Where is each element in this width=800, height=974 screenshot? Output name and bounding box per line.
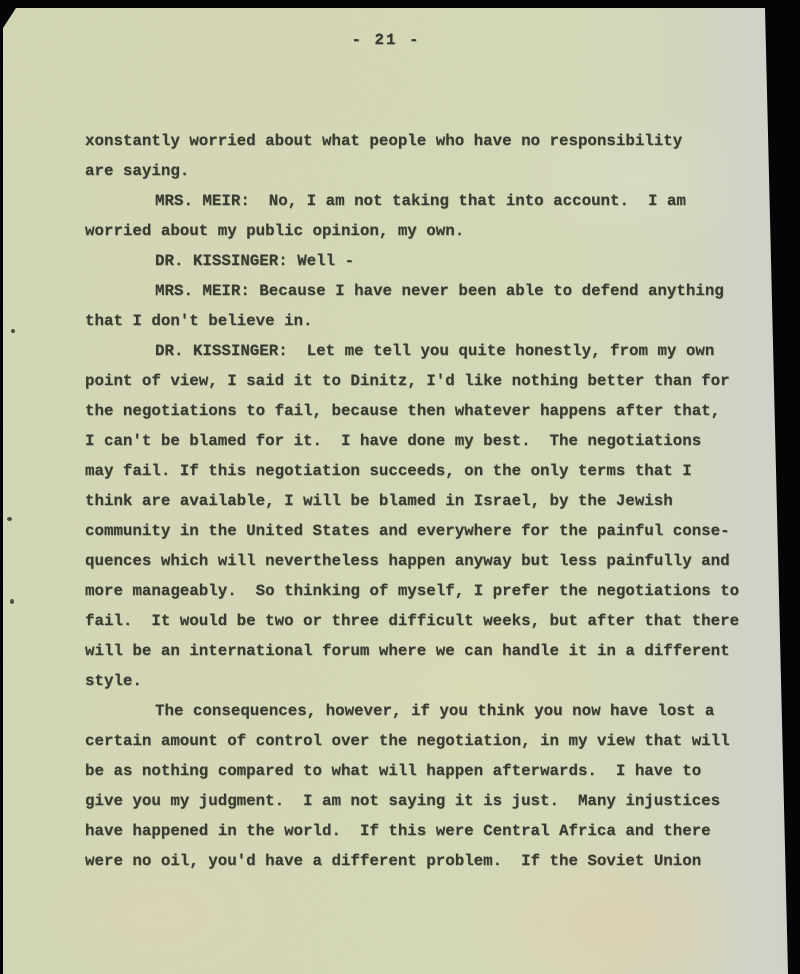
document-line: DR. KISSINGER: Let me tell you quite hon… xyxy=(85,336,745,366)
document-line: will be an international forum where we … xyxy=(85,636,745,666)
document-line: that I don't believe in. xyxy=(85,306,745,336)
document-line: MRS. MEIR: No, I am not taking that into… xyxy=(85,186,745,216)
document-line: the negotiations to fail, because then w… xyxy=(85,396,745,426)
scan-speck xyxy=(7,517,12,521)
document-line: I can't be blamed for it. I have done my… xyxy=(85,426,745,456)
document-line: may fail. If this negotiation succeeds, … xyxy=(85,456,745,486)
document-line: have happened in the world. If this were… xyxy=(85,816,745,846)
document-line: fail. It would be two or three difficult… xyxy=(85,606,745,636)
document-line: are saying. xyxy=(85,156,745,186)
document-line: DR. KISSINGER: Well - xyxy=(85,246,745,276)
document-line: give you my judgment. I am not saying it… xyxy=(85,786,745,816)
scanned-document-page: - 21 - xonstantly worried about what peo… xyxy=(0,0,800,974)
document-line: xonstantly worried about what people who… xyxy=(85,126,745,156)
document-line: be as nothing compared to what will happ… xyxy=(85,756,745,786)
document-line: The consequences, however, if you think … xyxy=(85,696,745,726)
document-line: certain amount of control over the negot… xyxy=(85,726,745,756)
document-line: point of view, I said it to Dinitz, I'd … xyxy=(85,366,745,396)
document-line: quences which will nevertheless happen a… xyxy=(85,546,745,576)
document-line: worried about my public opinion, my own. xyxy=(85,216,745,246)
document-line: style. xyxy=(85,666,745,696)
document-line: MRS. MEIR: Because I have never been abl… xyxy=(85,276,745,306)
scan-speck xyxy=(10,599,14,604)
document-line: community in the United States and every… xyxy=(85,516,745,546)
page-number: - 21 - xyxy=(3,31,769,49)
document-text: xonstantly worried about what people who… xyxy=(85,126,745,876)
document-line: more manageably. So thinking of myself, … xyxy=(85,576,745,606)
document-line: think are available, I will be blamed in… xyxy=(85,486,745,516)
scan-speck xyxy=(11,329,15,333)
document-line: were no oil, you'd have a different prob… xyxy=(85,846,745,876)
